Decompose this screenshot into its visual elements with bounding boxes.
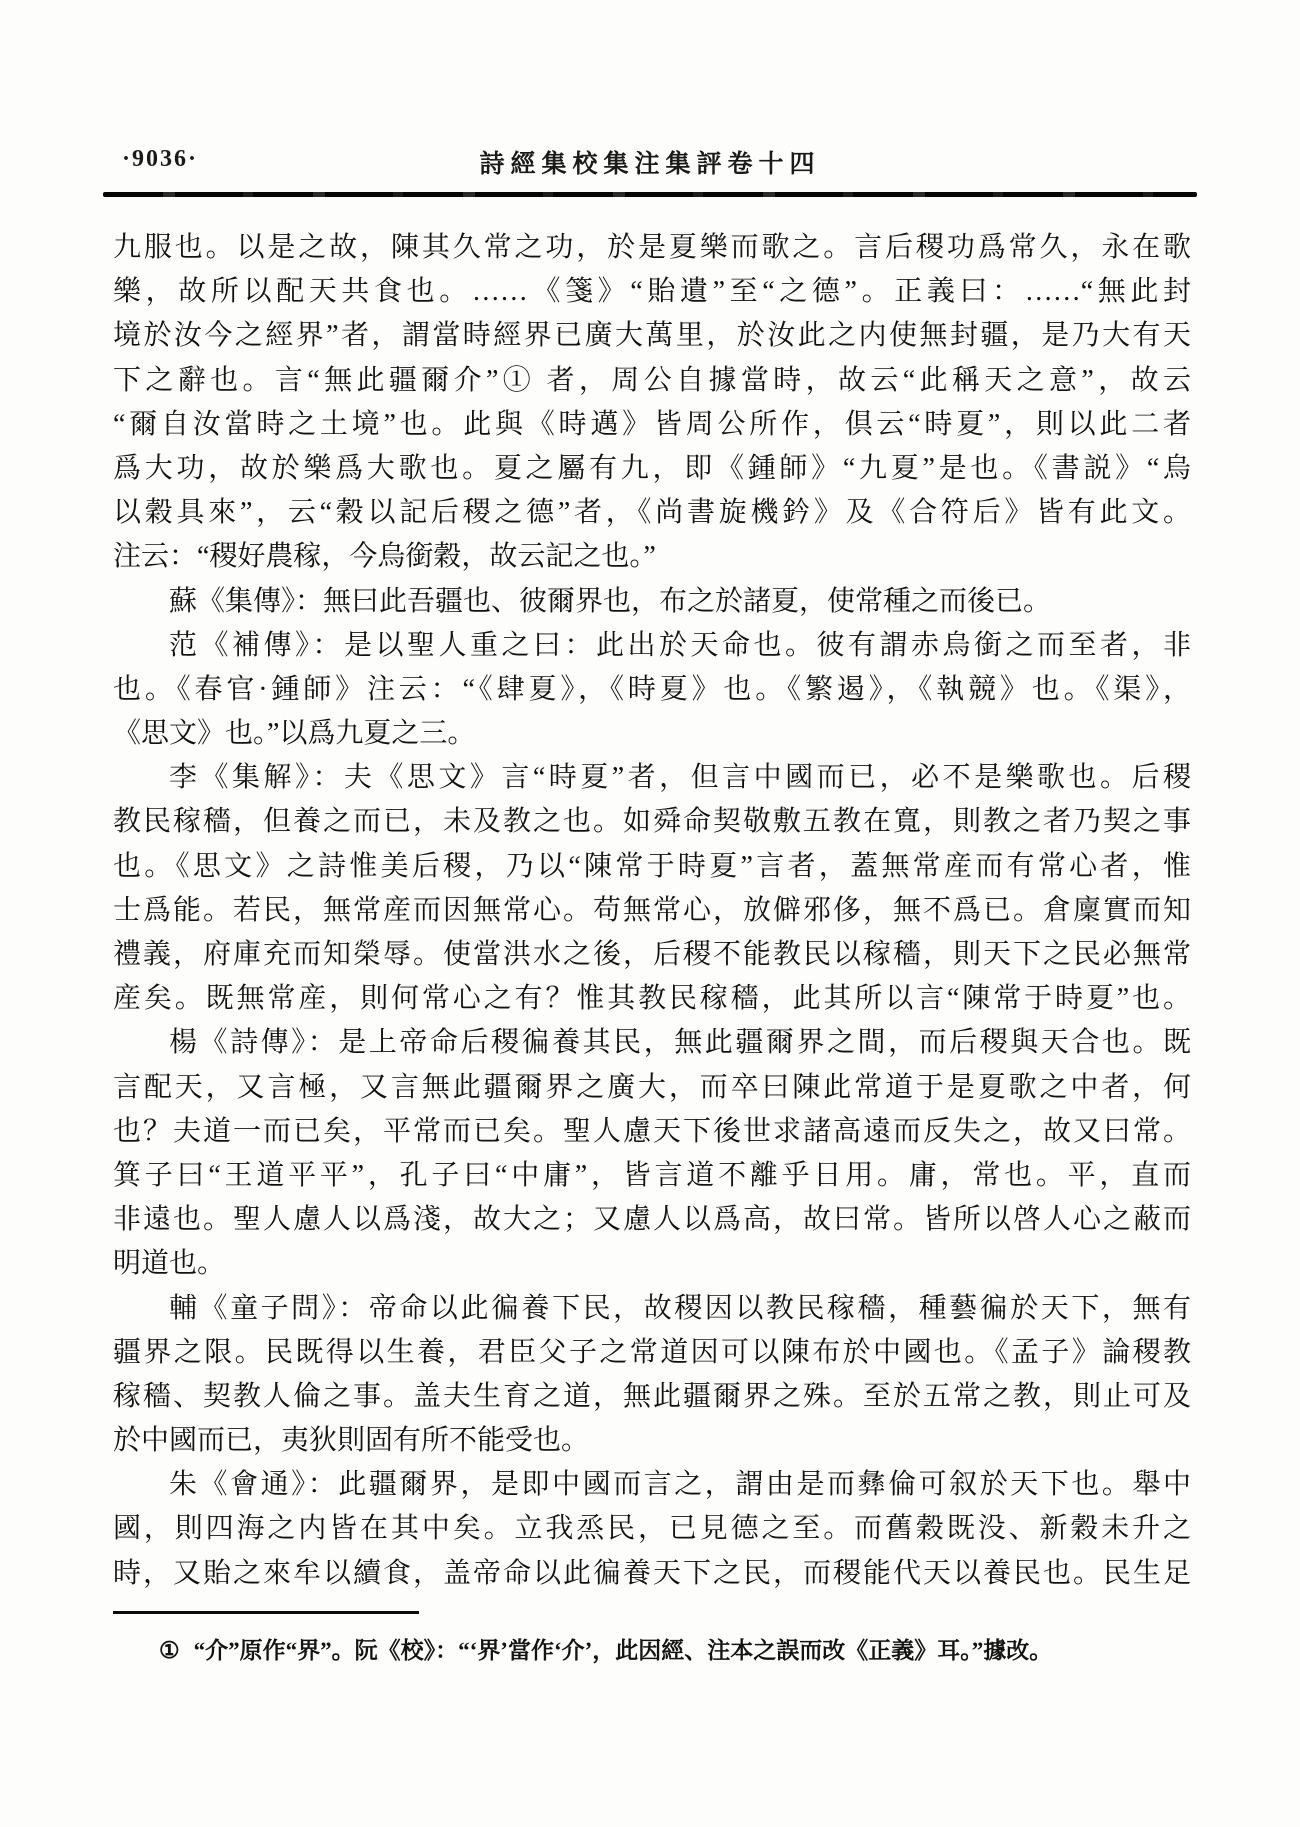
text-line: 非遠也。聖人慮人以爲淺，故大之；又慮人以爲高，故曰常。皆所以啓人心之蔽而 [113, 1198, 1191, 1242]
text-line: 士爲能。若民，無常産而因無常心。苟無常心，放僻邪侈，無不爲已。倉廩實而知 [113, 889, 1191, 933]
text-line: 於中國而已，夷狄則固有所不能受也。 [113, 1419, 1191, 1463]
text-line: 禮義，府庫充而知榮辱。使當洪水之後，后稷不能教民以稼穡，則天下之民必無常 [113, 933, 1191, 977]
text-line: 以穀具來”，云“穀以記后稷之德”者，《尚書旋機鈐》及《合符后》皆有此文。 [113, 491, 1191, 535]
text-line: 産矣。既無常産，則何常心之有？惟其教民稼穡，此其所以言“陳常于時夏”也。 [113, 977, 1191, 1021]
text-line: 也。《春官·鍾師》注云：“《肆夏》，《時夏》也。《繁遏》，《執競》也。《渠》， [113, 668, 1191, 712]
footnote: ①“介”原作“界”。阮《校》：“‘界’當作‘介’，此因經、注本之誤而改《正義》耳… [113, 1634, 1193, 1668]
text-line: 稼穡、契教人倫之事。盖夫生育之道，無此疆爾界之殊。至於五常之教，則止可及 [113, 1375, 1191, 1419]
book-page: ·9036· 詩經集校集注集評卷十四 九服也。以是之故，陳其久常之功，於是夏樂而… [0, 0, 1300, 1827]
text-line: 箕子曰“王道平平”，孔子曰“中庸”，皆言道不離乎日用。庸，常也。平，直而 [113, 1154, 1191, 1198]
text-line: 時，又貽之來牟以續食，盖帝命以此徧養天下之民，而稷能代天以養民也。民生足 [113, 1552, 1191, 1596]
footnote-text: “介”原作“界”。阮《校》：“‘界’當作‘介’，此因經、注本之誤而改《正義》耳。… [194, 1638, 1053, 1663]
text-line: 注云：“稷好農稼，今烏銜穀，故云記之也。” [113, 535, 1191, 579]
running-title: 詩經集校集注集評卷十四 [0, 144, 1300, 180]
text-line: 九服也。以是之故，陳其久常之功，於是夏樂而歌之。言后稷功爲常久，永在歌 [113, 226, 1191, 270]
text-line: “爾自汝當時之土境”也。此與《時邁》皆周公所作，倶云“時夏”，則以此二者 [113, 403, 1191, 447]
text-line: 境於汝今之經界”者，謂當時經界已廣大萬里，於汝此之内使無封疆，是乃大有天 [113, 314, 1191, 358]
text-line: 樂，故所以配天共食也。……《箋》“貽遺”至“之德”。正義曰：……“無此封 [113, 270, 1191, 314]
body-text: 九服也。以是之故，陳其久常之功，於是夏樂而歌之。言后稷功爲常久，永在歌 樂，故所… [113, 226, 1191, 1596]
text-line: 范《補傳》：是以聖人重之曰：此出於天命也。彼有謂赤烏銜之而至者，非 [113, 624, 1191, 668]
text-line: 言配天，又言極，又言無此疆爾界之廣大，而卒曰陳此常道于是夏歌之中者，何 [113, 1066, 1191, 1110]
text-line: 朱《會通》：此疆爾界，是即中國而言之，謂由是而彝倫可叙於天下也。舉中 [113, 1463, 1191, 1507]
text-line: 教民稼穡，但養之而已，未及教之也。如舜命契敬敷五教在寬，則教之者乃契之事 [113, 800, 1191, 844]
text-line: 也？夫道一而已矣，平常而已矣。聖人慮天下後世求諸高遠而反失之，故又曰常。 [113, 1110, 1191, 1154]
text-line: 蘇《集傳》：無曰此吾疆也、彼爾界也，布之於諸夏，使常種之而後已。 [113, 580, 1191, 624]
text-line: 疆界之限。民既得以生養，君臣父子之常道因可以陳布於中國也。《孟子》論稷教 [113, 1331, 1191, 1375]
footnote-separator [113, 1611, 419, 1614]
footnote-marker: ① [159, 1638, 180, 1663]
text-line: 也。《思文》之詩惟美后稷，乃以“陳常于時夏”言者，蓋無常産而有常心者，惟 [113, 845, 1191, 889]
text-line: 下之辭也。言“無此疆爾介”① 者，周公自據當時，故云“此稱天之意”，故云 [113, 359, 1191, 403]
text-line: 明道也。 [113, 1242, 1191, 1286]
text-line: 爲大功，故於樂爲大歌也。夏之屬有九，即《鍾師》“九夏”是也。《書説》“烏 [113, 447, 1191, 491]
scan-artifact-line [103, 192, 1197, 197]
text-line: 輔《童子問》：帝命以此徧養下民，故稷因以教民稼穡，種藝徧於天下，無有 [113, 1287, 1191, 1331]
text-line: 李《集解》：夫《思文》言“時夏”者，但言中國而已，必不是樂歌也。后稷 [113, 756, 1191, 800]
text-line: 楊《詩傳》：是上帝命后稷徧養其民，無此疆爾界之間，而后稷與天合也。既 [113, 1021, 1191, 1065]
text-line: 國，則四海之内皆在其中矣。立我烝民，已見德之至。而舊穀既没、新穀未升之 [113, 1507, 1191, 1551]
text-line: 《思文》也。”以爲九夏之三。 [113, 712, 1191, 756]
